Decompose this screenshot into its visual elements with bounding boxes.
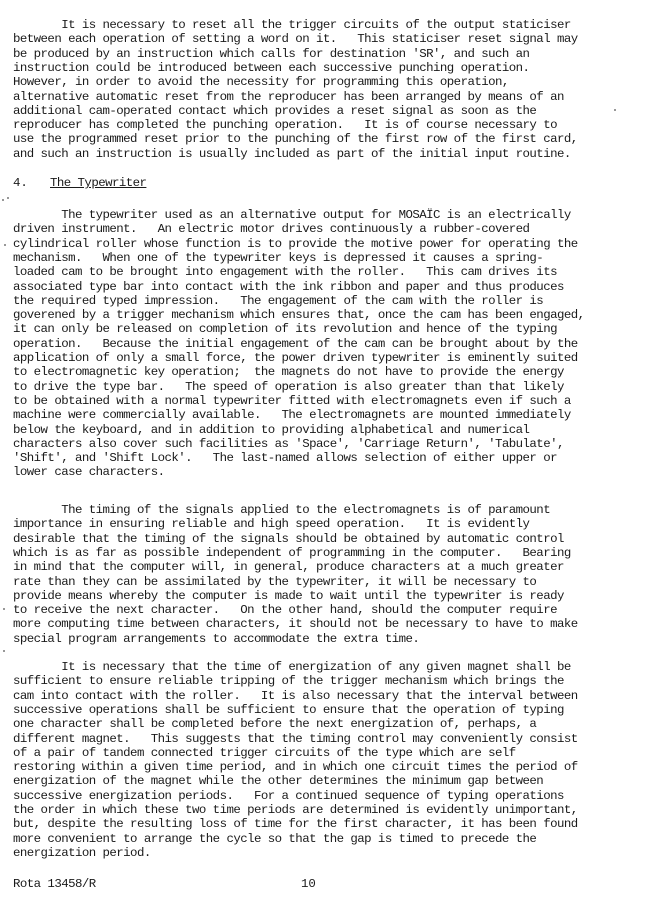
text-line: alternative automatic reset from the rep… bbox=[13, 90, 564, 104]
text-line: the required typed impression. The engag… bbox=[13, 294, 543, 308]
text-line: application of only a small force, the p… bbox=[13, 351, 578, 365]
text-line: characters also cover such facilities as… bbox=[13, 437, 564, 451]
text-line: successive operations shall be sufficien… bbox=[13, 703, 564, 717]
text-line: mechanism. When one of the typewriter ke… bbox=[13, 251, 543, 265]
document-reference: Rota 13458/R bbox=[13, 877, 96, 891]
text-line: machine were commercially available. The… bbox=[13, 408, 571, 422]
text-line: It is necessary to reset all the trigger… bbox=[13, 18, 571, 32]
text-line: It is necessary that the time of energiz… bbox=[13, 660, 571, 674]
text-line: rate than they can be assimilated by the… bbox=[13, 575, 536, 589]
text-line: The timing of the signals applied to the… bbox=[13, 503, 550, 517]
section-number: 4. bbox=[13, 176, 28, 190]
scan-speck bbox=[4, 244, 6, 246]
text-line: cylindrical roller whose function is to … bbox=[13, 237, 578, 251]
text-line: in mind that the computer will, in gener… bbox=[13, 560, 564, 574]
text-line: operation. Because the initial engagemen… bbox=[13, 337, 578, 351]
text-line: to receive the next character. On the ot… bbox=[13, 603, 557, 617]
text-line: energization period. bbox=[13, 846, 151, 860]
text-line: more computing time between characters, … bbox=[13, 617, 578, 631]
text-line: it can only be released on completion of… bbox=[13, 322, 557, 336]
text-line: to drive the type bar. The speed of oper… bbox=[13, 380, 564, 394]
text-line: restoring within a given time period, an… bbox=[13, 760, 578, 774]
text-line: which is as far as possible independent … bbox=[13, 546, 571, 560]
text-line: However, in order to avoid the necessity… bbox=[13, 75, 509, 89]
text-line: one character shall be completed before … bbox=[13, 717, 536, 731]
text-line: cam into contact with the roller. It is … bbox=[13, 689, 578, 703]
text-line: The typewriter used as an alternative ou… bbox=[13, 208, 571, 222]
text-line: sufficient to ensure reliable tripping o… bbox=[13, 674, 564, 688]
text-line: of a pair of tandem connected trigger ci… bbox=[13, 746, 516, 760]
text-line: to electromagnetic key operation; the ma… bbox=[13, 365, 564, 379]
text-line: importance in ensuring reliable and high… bbox=[13, 517, 529, 531]
text-line: associated type bar into contact with th… bbox=[13, 280, 564, 294]
scan-speck bbox=[2, 199, 4, 201]
text-line: lower case characters. bbox=[13, 465, 164, 479]
text-line: instruction could be introduced between … bbox=[13, 61, 529, 75]
text-line: use the programmed reset prior to the pu… bbox=[13, 132, 578, 146]
page-number: 10 bbox=[301, 877, 316, 891]
section-title: The Typewriter bbox=[50, 176, 146, 190]
document-page: It is necessary to reset all the trigger… bbox=[0, 0, 650, 903]
text-line: below the keyboard, and in addition to p… bbox=[13, 423, 529, 437]
text-line: loaded cam to be brought into engagement… bbox=[13, 265, 557, 279]
text-line: but, despite the resulting loss of time … bbox=[13, 817, 578, 831]
text-line: more convenient to arrange the cycle so … bbox=[13, 832, 536, 846]
scan-speck bbox=[3, 608, 5, 610]
text-line: goverened by a trigger mechanism which e… bbox=[13, 308, 585, 322]
text-line: driven instrument. An electric motor dri… bbox=[13, 222, 529, 236]
text-line: desirable that the timing of the signals… bbox=[13, 532, 564, 546]
scan-speck bbox=[614, 109, 616, 111]
text-line: the order in which these two time period… bbox=[13, 803, 578, 817]
text-line: special program arrangements to accommod… bbox=[13, 632, 419, 646]
text-line: to be obtained with a normal typewriter … bbox=[13, 394, 571, 408]
text-line: and such an instruction is usually inclu… bbox=[13, 147, 571, 161]
text-line: be produced by an instruction which call… bbox=[13, 47, 529, 61]
text-line: energization of the magnet while the oth… bbox=[13, 774, 543, 788]
text-line: additional cam-operated contact which pr… bbox=[13, 104, 536, 118]
scan-speck bbox=[3, 650, 5, 652]
text-line: reproducer has completed the punching op… bbox=[13, 118, 557, 132]
text-line: different magnet. This suggests that the… bbox=[13, 732, 578, 746]
text-line: successive energization periods. For a c… bbox=[13, 789, 564, 803]
text-line: 'Shift', and 'Shift Lock'. The last-name… bbox=[13, 451, 557, 465]
text-line: between each operation of setting a word… bbox=[13, 32, 578, 46]
text-line: provide means whereby the computer is ma… bbox=[13, 589, 564, 603]
scan-speck bbox=[7, 197, 9, 199]
